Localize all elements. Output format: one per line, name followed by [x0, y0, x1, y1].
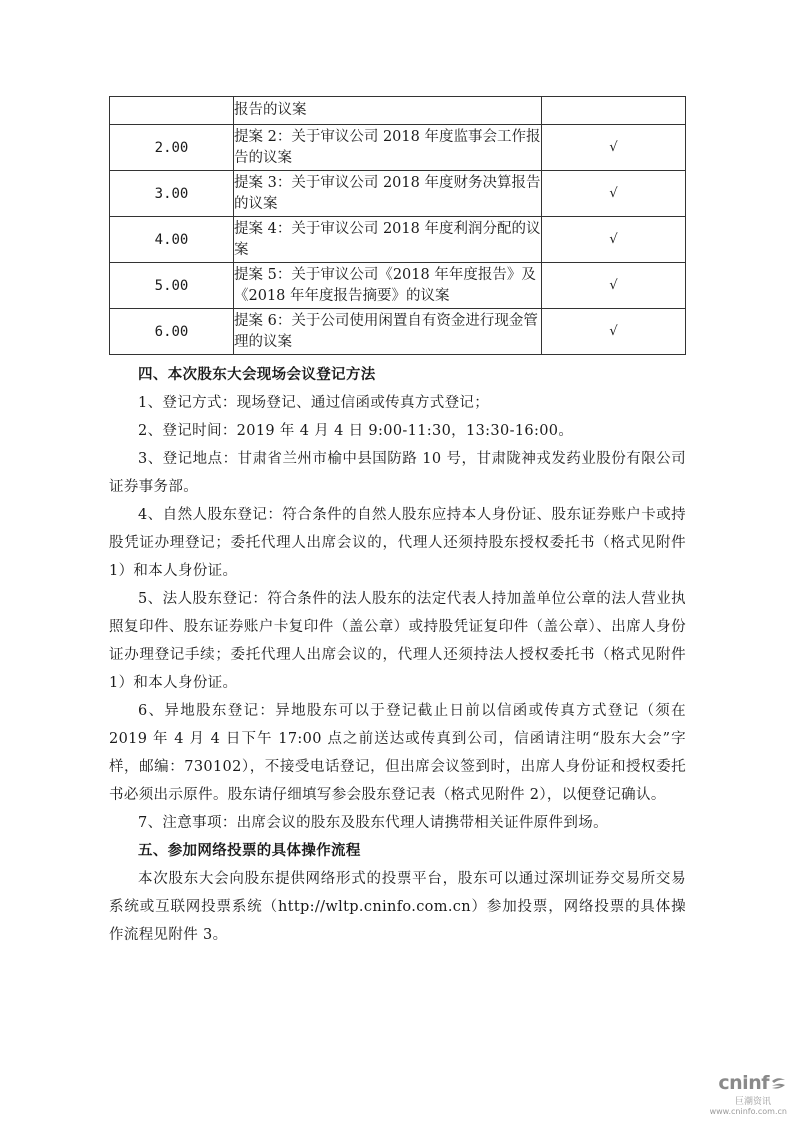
document-page: 报告的议案 2.00 提案 2：关于审议公司 2018 年度监事会工作报告的议案… [0, 0, 793, 1122]
motion-description: 提案 5：关于审议公司《2018 年年度报告》及《2018 年年度报告摘要》的议… [234, 263, 542, 309]
section-heading-online-voting: 五、参加网络投票的具体操作流程 [109, 837, 686, 865]
check-mark-icon: √ [542, 263, 686, 309]
motion-check [542, 97, 686, 125]
check-mark-icon: √ [542, 217, 686, 263]
cninfo-url: www.cninfo.com.cn [697, 1107, 787, 1116]
paragraph-registration-time: 2、登记时间：2019 年 4 月 4 日 9:00-11:30，13:30-1… [109, 417, 686, 445]
motion-code: 2.00 [110, 125, 234, 171]
motion-code [110, 97, 234, 125]
check-mark-icon: √ [542, 125, 686, 171]
table-row: 报告的议案 [110, 97, 686, 125]
paragraph-registration-method: 1、登记方式：现场登记、通过信函或传真方式登记； [109, 389, 686, 417]
paragraph-online-voting: 本次股东大会向股东提供网络形式的投票平台，股东可以通过深圳证券交易所交易系统或互… [109, 865, 686, 949]
motion-description: 提案 3：关于审议公司 2018 年度财务决算报告的议案 [234, 171, 542, 217]
paragraph-notes: 7、注意事项：出席会议的股东及股东代理人请携带相关证件原件到场。 [109, 809, 686, 837]
cninfo-chinese-name: 巨潮资讯 [697, 1094, 771, 1107]
paragraph-individual-registration: 4、自然人股东登记：符合条件的自然人股东应持本人身份证、股东证券账户卡或持股凭证… [109, 501, 686, 585]
table-row: 6.00 提案 6：关于公司使用闲置自有资金进行现金管理的议案 √ [110, 309, 686, 355]
section-heading-registration: 四、本次股东大会现场会议登记方法 [109, 361, 686, 389]
paragraph-remote-registration: 6、异地股东登记：异地股东可以于登记截止日前以信函或传真方式登记（须在 2019… [109, 697, 686, 809]
motion-code: 4.00 [110, 217, 234, 263]
motion-code: 5.00 [110, 263, 234, 309]
motion-description: 提案 4：关于审议公司 2018 年度利润分配的议案 [234, 217, 542, 263]
table-row: 4.00 提案 4：关于审议公司 2018 年度利润分配的议案 √ [110, 217, 686, 263]
motions-table: 报告的议案 2.00 提案 2：关于审议公司 2018 年度监事会工作报告的议案… [109, 96, 686, 355]
motion-code: 3.00 [110, 171, 234, 217]
paragraph-registration-location: 3、登记地点：甘肃省兰州市榆中县国防路 10 号，甘肃陇神戎发药业股份有限公司证… [109, 445, 686, 501]
motion-description: 提案 6：关于公司使用闲置自有资金进行现金管理的议案 [234, 309, 542, 355]
motion-code: 6.00 [110, 309, 234, 355]
check-mark-icon: √ [542, 171, 686, 217]
cninfo-logo: cninf [697, 1072, 787, 1094]
cninfo-swirl-icon [770, 1077, 787, 1090]
motion-description: 报告的议案 [234, 97, 542, 125]
check-mark-icon: √ [542, 309, 686, 355]
body-text: 四、本次股东大会现场会议登记方法 1、登记方式：现场登记、通过信函或传真方式登记… [109, 361, 686, 949]
table-row: 2.00 提案 2：关于审议公司 2018 年度监事会工作报告的议案 √ [110, 125, 686, 171]
table-row: 5.00 提案 5：关于审议公司《2018 年年度报告》及《2018 年年度报告… [110, 263, 686, 309]
paragraph-corporate-registration: 5、法人股东登记：符合条件的法人股东的法定代表人持加盖单位公章的法人营业执照复印… [109, 585, 686, 697]
motion-description: 提案 2：关于审议公司 2018 年度监事会工作报告的议案 [234, 125, 542, 171]
table-row: 3.00 提案 3：关于审议公司 2018 年度财务决算报告的议案 √ [110, 171, 686, 217]
cninfo-watermark: cninf 巨潮资讯 www.cninfo.com.cn [697, 1072, 787, 1116]
